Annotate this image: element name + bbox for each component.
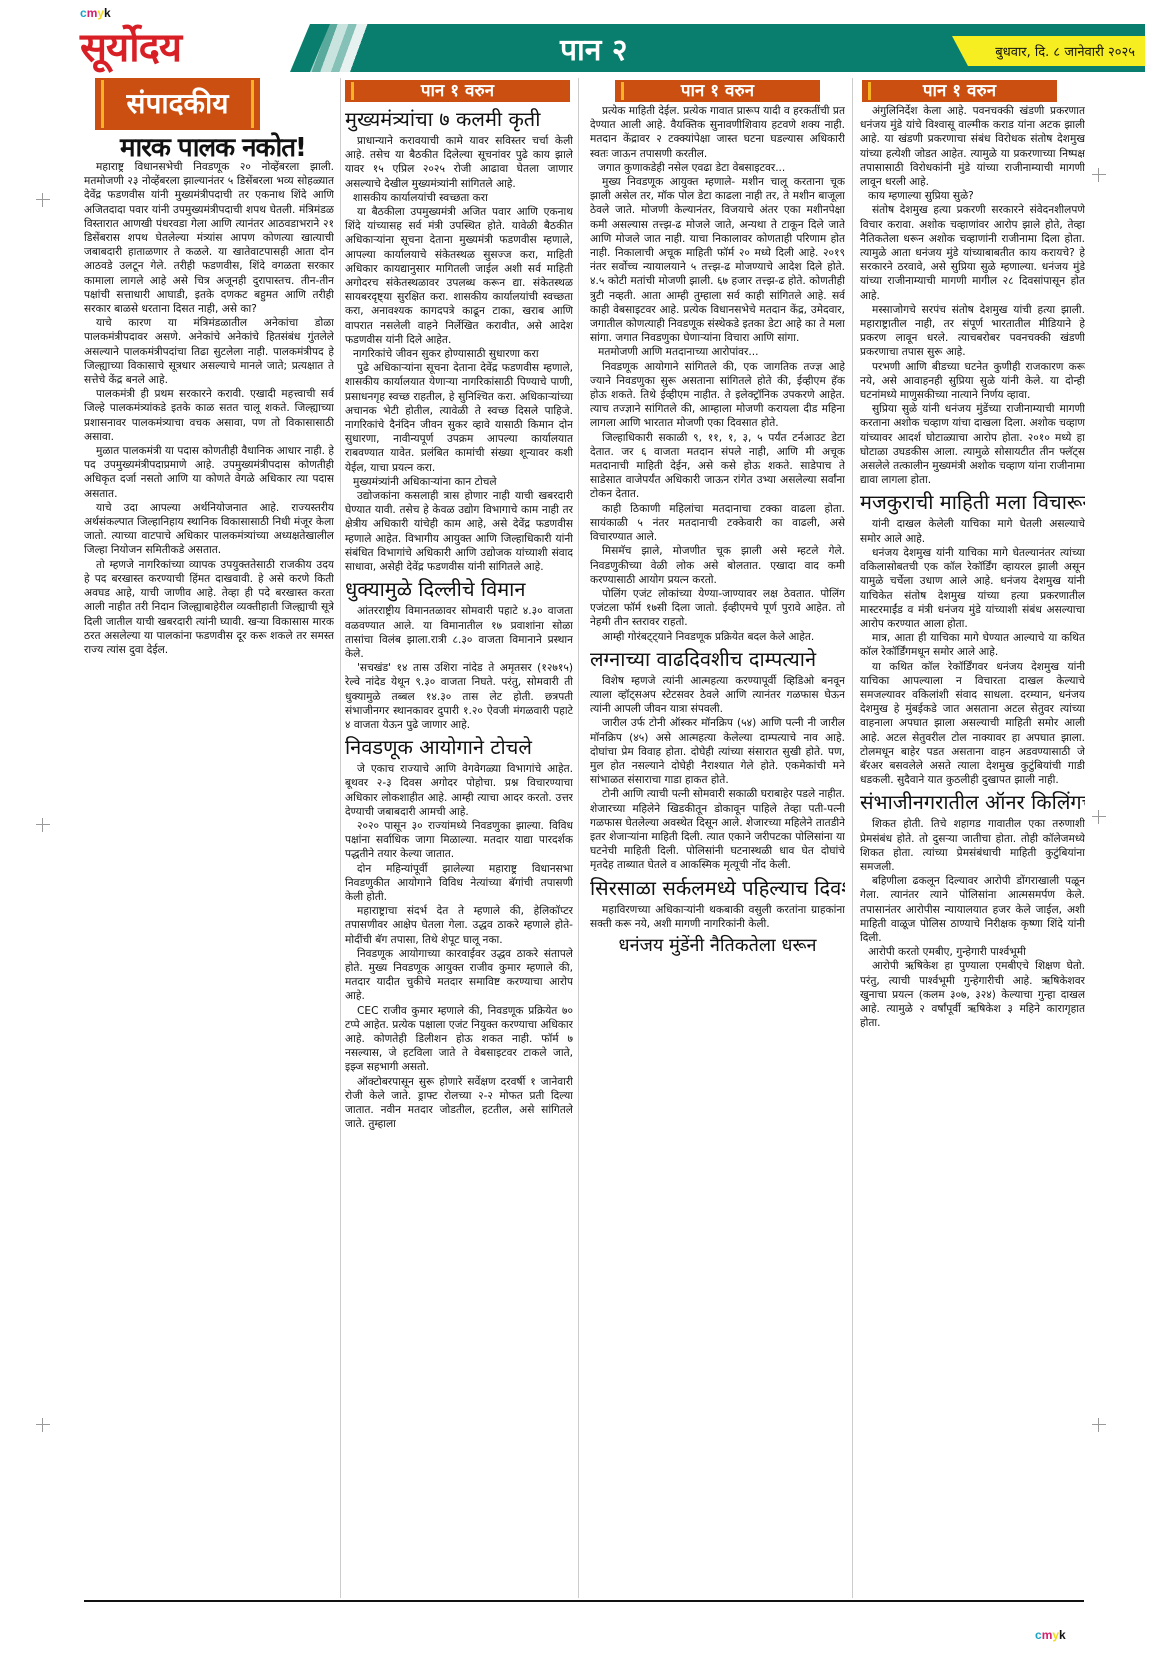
paragraph: मुळात पालकमंत्री या पदास कोणतीही वैधानिक… [84, 444, 334, 501]
paragraph: अंगुलिनिर्देश केला आहे. पवनचक्की खंडणी प… [860, 104, 1085, 189]
paragraph: मस्साजोगचे सरपंच संतोष देशमुख यांची हत्य… [860, 303, 1085, 360]
paragraph: पोलिंग एजंट लोकांच्या येण्या-जाण्यावर लक… [590, 587, 845, 630]
registration-cross-icon [1092, 1418, 1106, 1432]
continued-from-page1-header: पान १ वरुन [862, 80, 1057, 102]
paragraph: विशेष म्हणजे त्यांनी आत्महत्या करण्यापूर… [590, 674, 845, 717]
continued-from-page1-header: पान १ वरुन [345, 80, 570, 102]
subheading: मतमोजणी आणि मतदानाच्या आरोपांवर... [590, 345, 845, 359]
editorial-title: मारक पालक नकोत! [120, 128, 306, 164]
paragraph: निवडणूक आयोगाच्या कारवाईवर उद्धव ठाकरे स… [345, 947, 573, 1004]
bottom-rule [84, 1600, 1084, 1602]
registration-cross-icon [36, 818, 50, 832]
paragraph: २०२० पासून ३० राज्यांमध्ये निवडणुका झाल्… [345, 819, 573, 862]
paragraph: संतोष देशमुख हत्या प्रकरणी सरकारने संवेद… [860, 203, 1085, 302]
registration-cross-icon [36, 193, 50, 207]
paragraph: बहिणीला ढकलून दिल्यावर आरोपी डोंगराखाली … [860, 874, 1085, 945]
paragraph: पालकमंत्री ही प्रथम सरकारने करावी. एखादी… [84, 387, 334, 444]
paragraph: परभणी आणि बीडच्या घटनेत कुणीही राजकारण क… [860, 360, 1085, 403]
paragraph: मुख्य निवडणूक आयुक्त म्हणाले- मशीन चालू … [590, 175, 845, 345]
paragraph: तो म्हणजे नागरिकांच्या व्यापक उपयुक्ततेस… [84, 558, 334, 657]
column-divider [578, 78, 579, 1598]
subheading: जगात कुणाकडेही नसेल एवढा डेटा वेबसाइटवर.… [590, 161, 845, 175]
paragraph: काही ठिकाणी महिलांचा मतदानाचा टक्का वाढल… [590, 502, 845, 545]
cmyk-c: c [1035, 1628, 1042, 1642]
article-headline: मुख्यमंत्र्यांचा ७ कलमी कृती [345, 106, 573, 132]
article-headline: संभाजीनगरातील ऑनर किलिंगचाव [860, 789, 1085, 815]
masthead: सूर्योदय पान २ बुधवार, दि. ८ जानेवारी २०… [80, 22, 1145, 72]
paragraph: महाराष्ट्राचा संदर्भ देत ते म्हणाले की, … [345, 904, 573, 947]
article-headline: धुक्यामुळे दिल्लीचे विमान [345, 576, 573, 602]
subheading: शासकीय कार्यालयांची स्वच्छता करा [345, 191, 573, 205]
article-headline: सिरसाळा सर्कलमध्ये पहिल्याच दिवशी [590, 875, 845, 901]
column3-body: प्रत्येक माहिती देईल. प्रत्येक गावात प्र… [590, 104, 845, 1600]
column-divider [340, 78, 341, 1598]
paragraph: आम्ही गोरंबट्ट्याने निवडणूक प्रक्रियेत ब… [590, 630, 845, 644]
date-text: बुधवार, दि. ८ जानेवारी २०२५ [995, 42, 1135, 60]
paragraph: निवडणूक आयोगाने सांगितले की, एक जागतिक त… [590, 360, 845, 431]
cmyk-m: m [1042, 1628, 1053, 1642]
paragraph: या कथित कॉल रेकॉर्डिंगवर धनंजय देशमुख या… [860, 660, 1085, 788]
registration-cross-icon [1092, 168, 1106, 182]
paragraph: आंतरराष्ट्रीय विमानतळावर सोमवारी पहाटे ४… [345, 604, 573, 661]
registration-cross-icon [1092, 810, 1106, 824]
paragraph: महाराष्ट्र विधानसभेची निवडणूक २० नोव्हें… [84, 160, 334, 316]
article-headline: मजकुराची माहिती मला विचारून [860, 489, 1085, 515]
paragraph: शिकत होती. तिचे शहागड गावातील एका तरुणाश… [860, 817, 1085, 874]
newspaper-logo: सूर्योदय [80, 18, 181, 73]
subheading: काय म्हणाल्या सुप्रिया सुळे? [860, 189, 1085, 203]
article-headline: निवडणूक आयोगाने टोचले [345, 734, 573, 760]
editorial-section-header: संपादकीय [95, 78, 260, 130]
article-headline: लग्नाच्या वाढदिवशीच दाम्पत्याने [590, 646, 845, 672]
color-registration-mark-bottom: cmyk [1035, 1628, 1066, 1642]
paragraph: मात्र, आता ही याचिका मागे घेण्यात आल्याच… [860, 631, 1085, 659]
column2-body: मुख्यमंत्र्यांचा ७ कलमी कृती प्राधान्यान… [345, 104, 573, 1600]
paragraph: पुढे अधिकाऱ्यांना सूचना देताना देवेंद्र … [345, 361, 573, 475]
subheading: नागरिकांचे जीवन सुकर होण्यासाठी सुधारणा … [345, 347, 573, 361]
paragraph: उद्योजकांना कसलाही त्रास होणार नाही याची… [345, 489, 573, 574]
subheading: मुख्यमंत्र्यांनी अधिकाऱ्यांना कान टोचले [345, 475, 573, 489]
paragraph: प्राधान्याने करावयाची कामे यावर सविस्तर … [345, 134, 573, 191]
continued-from-page1-header: पान १ वरुन [615, 80, 820, 102]
paragraph: जारील उर्फ टोनी ऑस्कर मॉनक्रिप (५४) आणि … [590, 716, 845, 787]
paragraph: जिल्हाधिकारी सकाळी ९, ११, १, ३, ५ पर्यंत… [590, 431, 845, 502]
paragraph: जे एकाच राज्याचे आणि वेगवेगळ्या विभागांच… [345, 762, 573, 819]
paragraph: टोनी आणि त्याची पत्नी सोमवारी सकाळी घराब… [590, 787, 845, 872]
registration-cross-icon [36, 1418, 50, 1432]
page-number: पान २ [560, 28, 628, 69]
column-divider [852, 78, 853, 1598]
column4-body: अंगुलिनिर्देश केला आहे. पवनचक्की खंडणी प… [860, 104, 1085, 1544]
paragraph: महाविरणच्या अधिकाऱ्यांनी थकबाकी वसुली कर… [590, 903, 845, 931]
editorial-body: महाराष्ट्र विधानसभेची निवडणूक २० नोव्हें… [84, 160, 334, 1600]
cmyk-k: k [1059, 1628, 1066, 1642]
paragraph: याचे कारण या मंत्रिमंडळातील अनेकांचा डोळ… [84, 316, 334, 387]
paragraph: या बैठकीला उपमुख्यमंत्री अजित पवार आणि ए… [345, 205, 573, 347]
issue-date: बुधवार, दि. ८ जानेवारी २०२५ [940, 36, 1145, 66]
paragraph: यांनी दाखल केलेली याचिका मागे घेतली असल्… [860, 517, 1085, 545]
paragraph: ऑक्टोबरपासून सुरू होणारे सर्वेक्षण दरवर्… [345, 1075, 573, 1132]
paragraph: CEC राजीव कुमार म्हणाले की, निवडणूक प्रक… [345, 1004, 573, 1075]
paragraph: प्रत्येक माहिती देईल. प्रत्येक गावात प्र… [590, 104, 845, 161]
article-headline: धनंजय मुंडेंनी नैतिकतेला धरून [590, 933, 845, 959]
paragraph: आरोपी ऋषिकेश हा पुण्याला एमबीएचे शिक्षण … [860, 959, 1085, 1030]
paragraph: धनंजय देशमुख यांनी याचिका मागे घेतल्यानं… [860, 546, 1085, 631]
paragraph: दोन महिन्यांपूर्वी झालेल्या महाराष्ट्र व… [345, 862, 573, 905]
subheading: आरोपी करतो एमबीए, गुन्हेगारी पार्श्वभूमी [860, 945, 1085, 959]
paragraph: मिसमॅच झाले, मोजणीत चूक झाली असे म्हटले … [590, 544, 845, 587]
paragraph: याचे उदा आपल्या अर्थनियोजनात आहे. राज्यस… [84, 501, 334, 558]
paragraph: सुप्रिया सुळे यांनी धनंजय मुंडेंच्या राज… [860, 402, 1085, 487]
paragraph: 'सचखंड' १४ तास उशिरा नांदेड ते अमृतसर (१… [345, 661, 573, 732]
